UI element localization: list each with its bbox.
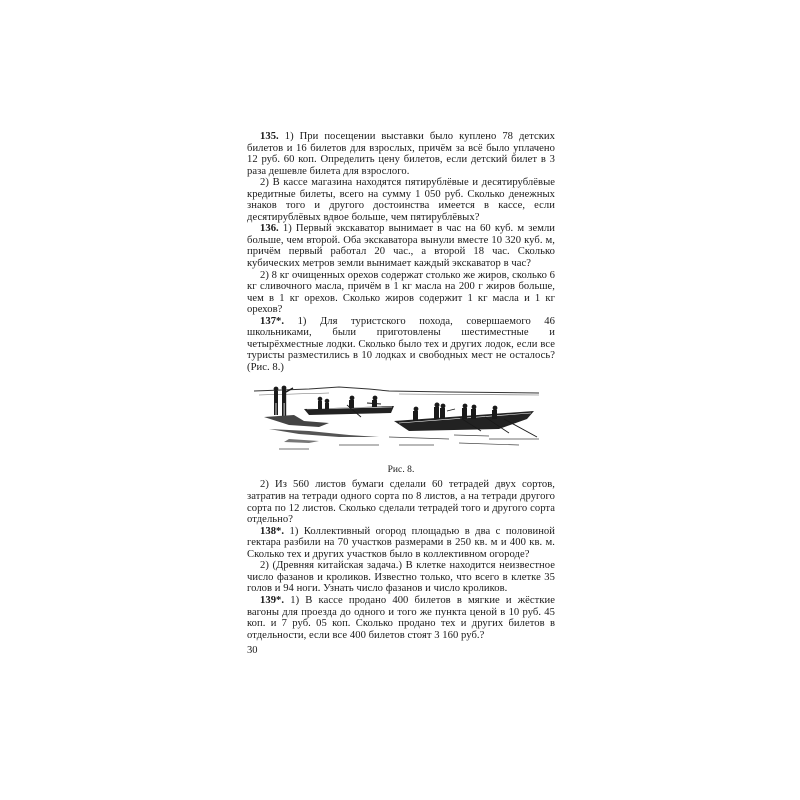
figure-caption: Рис. 8. bbox=[247, 465, 555, 477]
problem-number: 136. bbox=[260, 223, 279, 234]
problem-number: 139*. bbox=[260, 595, 284, 606]
problem-138-part-1: 138*. 1) Коллективный огород площадью в … bbox=[247, 526, 555, 561]
problem-139-part-1: 139*. 1) В кассе продано 400 билетов в м… bbox=[247, 595, 555, 641]
problem-text: 2) (Древняя китайская задача.) В клетке … bbox=[247, 560, 555, 594]
problem-136-part-1: 136. 1) Первый экскаватор вынимает в час… bbox=[247, 223, 555, 269]
problem-text: 1) Первый экскаватор вынимает в час на 6… bbox=[247, 223, 555, 269]
problem-text: 1) Для туристского похода, совершаемого … bbox=[247, 316, 555, 373]
problem-138-part-2: 2) (Древняя китайская задача.) В клетке … bbox=[247, 560, 555, 595]
problem-text: 2) 8 кг очищенных орехов содержат стольк… bbox=[247, 270, 555, 316]
page-number: 30 bbox=[247, 645, 258, 656]
problem-137-part-1: 137*. 1) Для туристского похода, соверша… bbox=[247, 316, 555, 374]
problem-135-part-2: 2) В кассе магазина находятся пятирублёв… bbox=[247, 177, 555, 223]
figure-8: Рис. 8. bbox=[247, 379, 555, 479]
problem-text: 1) Коллективный огород площадью в два с … bbox=[247, 526, 555, 560]
problem-number: 137*. bbox=[260, 316, 284, 327]
problem-number: 138*. bbox=[260, 526, 284, 537]
textbook-page: 135. 1) При посещении выставки было купл… bbox=[247, 131, 555, 641]
problem-number: 135. bbox=[260, 131, 279, 142]
problem-135-part-1: 135. 1) При посещении выставки было купл… bbox=[247, 131, 555, 177]
boats-illustration bbox=[249, 379, 549, 457]
problem-text: 2) Из 560 листов бумаги сделали 60 тетра… bbox=[247, 479, 555, 525]
problem-text: 1) В кассе продано 400 билетов в мягкие … bbox=[247, 595, 555, 641]
problem-text: 1) При посещении выставки было куплено 7… bbox=[247, 131, 555, 177]
problem-137-part-2: 2) Из 560 листов бумаги сделали 60 тетра… bbox=[247, 479, 555, 525]
problem-136-part-2: 2) 8 кг очищенных орехов содержат стольк… bbox=[247, 270, 555, 316]
problem-text: 2) В кассе магазина находятся пятирублёв… bbox=[247, 177, 555, 223]
